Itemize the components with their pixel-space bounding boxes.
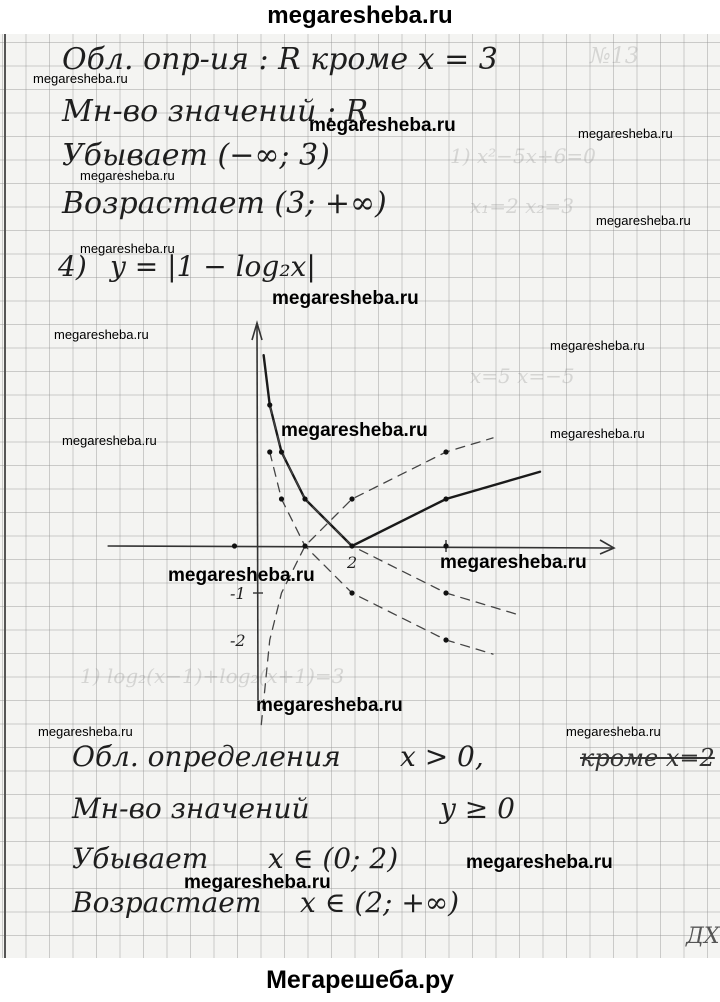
watermark: megaresheba.ru — [550, 426, 645, 441]
graph-point — [443, 543, 448, 548]
watermark: megaresheba.ru — [184, 872, 331, 894]
watermark: megaresheba.ru — [256, 695, 403, 717]
site-footer: Мегарешеба.ру — [0, 958, 720, 1002]
watermark: megaresheba.ru — [281, 420, 428, 442]
watermark: megaresheba.ru — [566, 724, 661, 739]
graph-point — [349, 543, 354, 548]
watermark: megaresheba.ru — [309, 115, 456, 137]
footer-title: Мегарешеба.ру — [266, 966, 454, 994]
graph-curve-main — [264, 355, 540, 546]
graph-point — [302, 496, 307, 501]
graph-point — [302, 543, 307, 548]
graph-point — [349, 496, 354, 501]
graph-point — [267, 402, 272, 407]
graph-point — [267, 449, 272, 454]
graph-point — [443, 496, 448, 501]
x-axis-arrow-icon — [600, 540, 614, 554]
graph-point — [232, 543, 237, 548]
graph-point — [443, 449, 448, 454]
watermark: megaresheba.ru — [38, 724, 133, 739]
watermark: megaresheba.ru — [578, 126, 673, 141]
watermark: megaresheba.ru — [596, 213, 691, 228]
graph-point — [443, 637, 448, 642]
x-axis — [108, 546, 612, 548]
graph-point — [443, 590, 448, 595]
watermark: megaresheba.ru — [80, 241, 175, 256]
watermark: megaresheba.ru — [440, 552, 587, 574]
x-tick-label: 2 — [346, 553, 357, 572]
watermark: megaresheba.ru — [80, 168, 175, 183]
watermark: megaresheba.ru — [168, 565, 315, 587]
watermark: megaresheba.ru — [62, 433, 157, 448]
watermark: megaresheba.ru — [466, 852, 613, 874]
y-axis — [257, 325, 258, 700]
watermark: megaresheba.ru — [550, 338, 645, 353]
graph-point — [349, 590, 354, 595]
graph-point — [279, 496, 284, 501]
graph-point — [279, 449, 284, 454]
y-tick-label: -2 — [230, 631, 246, 650]
watermark: megaresheba.ru — [54, 327, 149, 342]
watermark: megaresheba.ru — [272, 288, 419, 310]
watermark: megaresheba.ru — [33, 71, 128, 86]
